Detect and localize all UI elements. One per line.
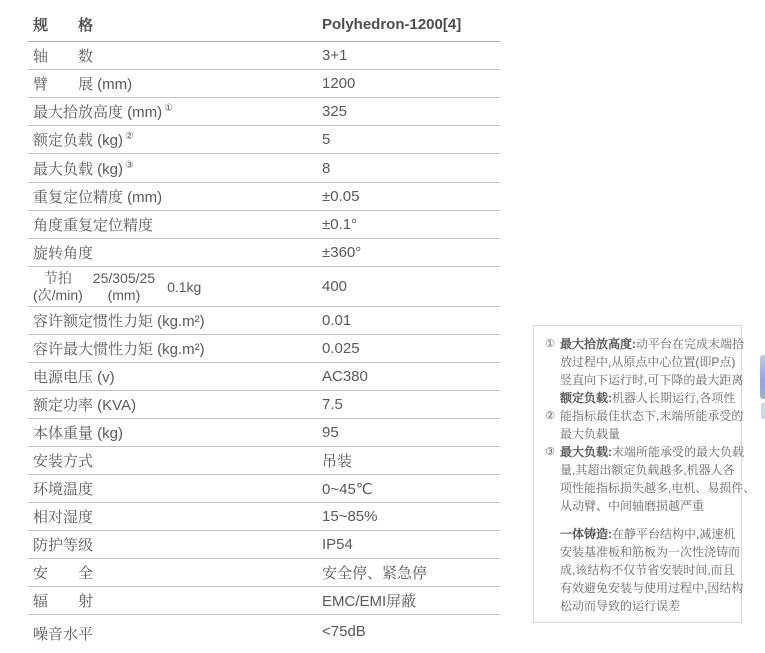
note-marker bbox=[540, 479, 560, 497]
spec-label: 节拍 (次/min) 25/305/25 (mm) 0.1kg bbox=[28, 270, 322, 304]
spec-row: 额定负载 (kg)② 5 bbox=[28, 126, 500, 154]
spec-label: 辐 射 bbox=[28, 590, 322, 611]
note-line: ③最大负载:末端所能承受的最大负载 bbox=[540, 443, 735, 461]
cycle-stroke-bottom: (mm) bbox=[93, 287, 155, 304]
spec-sheet-page: 规 格 Polyhedron-1200[4] 轴 数 3+1 臂 展 (mm) … bbox=[0, 0, 765, 653]
note-marker bbox=[540, 543, 560, 561]
note-marker bbox=[540, 353, 560, 371]
note-line: 成,该结构不仅节省安装时间,而且 bbox=[540, 561, 735, 579]
note-marker bbox=[540, 389, 560, 407]
spec-table: 规 格 Polyhedron-1200[4] 轴 数 3+1 臂 展 (mm) … bbox=[28, 8, 500, 653]
spec-label: 防护等级 bbox=[28, 534, 322, 555]
spec-value: ±360° bbox=[322, 244, 500, 261]
spec-label-text: 本体重量 (kg) bbox=[33, 425, 123, 442]
spec-label-text: 容许最大惯性力矩 (kg.m²) bbox=[33, 341, 205, 358]
note-marker bbox=[540, 525, 560, 543]
note-marker bbox=[540, 461, 560, 479]
note-line: 从动臂、中间轴磨损越严重 bbox=[540, 497, 735, 515]
footnotes-panel: ①最大拾放高度:动平台在完成末端拾 放过程中,从原点中心位置(即P点) 竖直向下… bbox=[533, 325, 742, 623]
note-line: 竖直向下运行时,可下降的最大距离 bbox=[540, 371, 735, 389]
note-text: 成,该结构不仅节省安装时间,而且 bbox=[560, 561, 735, 579]
spec-label: 旋转角度 bbox=[28, 242, 322, 263]
note-marker bbox=[540, 597, 560, 615]
spec-value: 安全停、紧急停 bbox=[322, 562, 500, 583]
cycle-name-bottom: (次/min) bbox=[33, 287, 83, 304]
spec-label: 噪音水平 bbox=[28, 623, 322, 644]
cycle-name: 节拍 (次/min) bbox=[33, 270, 83, 304]
spec-label-text: 噪音水平 bbox=[33, 626, 93, 643]
cycle-stroke: 25/305/25 (mm) bbox=[93, 270, 155, 304]
note-text: 项性能指标损失越多,电机、易损件、 bbox=[560, 479, 755, 497]
spec-label: 轴 数 bbox=[28, 45, 322, 66]
note-paragraph-gap bbox=[540, 515, 735, 525]
spec-value: 0~45℃ bbox=[322, 480, 500, 498]
spec-row: 轴 数 3+1 bbox=[28, 42, 500, 70]
note-marker: ① bbox=[540, 335, 560, 353]
spec-label: 重复定位精度 (mm) bbox=[28, 186, 322, 207]
spec-value: 400 bbox=[322, 278, 500, 295]
note-line: 放过程中,从原点中心位置(即P点) bbox=[540, 353, 735, 371]
spec-label-text: 最大拾放高度 (mm) bbox=[33, 104, 162, 121]
spec-row: 角度重复定位精度 ±0.1° bbox=[28, 211, 500, 239]
spec-row: 最大拾放高度 (mm)① 325 bbox=[28, 98, 500, 126]
spec-label: 环境温度 bbox=[28, 478, 322, 499]
spec-label: 容许最大惯性力矩 (kg.m²) bbox=[28, 338, 322, 359]
spec-label-text: 角度重复定位精度 bbox=[33, 217, 153, 234]
spec-header-label: 规 格 bbox=[28, 14, 322, 35]
spec-label: 安 全 bbox=[28, 562, 322, 583]
note-line: 安装基准板和筋板为一次性浇铸而 bbox=[540, 543, 735, 561]
spec-header-value: Polyhedron-1200[4] bbox=[322, 16, 500, 33]
note-text: 竖直向下运行时,可下降的最大距离 bbox=[560, 371, 743, 389]
spec-label: 最大负载 (kg)③ bbox=[28, 158, 322, 179]
spec-row: 旋转角度 ±360° bbox=[28, 239, 500, 267]
spec-value: 1200 bbox=[322, 75, 500, 92]
spec-value: 5 bbox=[322, 131, 500, 148]
spec-label-text: 臂 展 (mm) bbox=[33, 76, 132, 93]
spec-value: IP54 bbox=[322, 536, 500, 553]
note-text: 安装基准板和筋板为一次性浇铸而 bbox=[560, 543, 740, 561]
spec-row-cycle-time: 节拍 (次/min) 25/305/25 (mm) 0.1kg 400 bbox=[28, 267, 500, 307]
note-text: 一体铸造:在静平台结构中,减速机 bbox=[560, 525, 735, 543]
note-marker: ③ bbox=[540, 443, 560, 461]
spec-value: EMC/EMI屏蔽 bbox=[322, 590, 500, 611]
spec-row: 安装方式 吊装 bbox=[28, 447, 500, 475]
spec-header-row: 规 格 Polyhedron-1200[4] bbox=[28, 8, 500, 42]
note-text: 从动臂、中间轴磨损越严重 bbox=[560, 497, 735, 515]
spec-row: 噪音水平 <75dB bbox=[28, 615, 500, 653]
note-line: ②能指标最佳状态下,末端所能承受的 bbox=[540, 407, 735, 425]
spec-row: 臂 展 (mm) 1200 bbox=[28, 70, 500, 98]
spec-label-text: 相对湿度 bbox=[33, 509, 93, 526]
spec-label: 臂 展 (mm) bbox=[28, 73, 322, 94]
spec-value: ±0.05 bbox=[322, 188, 500, 205]
spec-row: 安 全 安全停、紧急停 bbox=[28, 559, 500, 587]
spec-value: 3+1 bbox=[322, 47, 500, 64]
note-marker bbox=[540, 561, 560, 579]
spec-value: 吊装 bbox=[322, 450, 500, 471]
footnote-ref: ③ bbox=[125, 160, 134, 171]
spec-row: 额定功率 (KVA) 7.5 bbox=[28, 391, 500, 419]
spec-value: 8 bbox=[322, 160, 500, 177]
spec-row: 相对湿度 15~85% bbox=[28, 503, 500, 531]
note-line: 额定负载:机器人长期运行,各项性 bbox=[540, 389, 735, 407]
note-text: 最大负载量 bbox=[560, 425, 735, 443]
note-line: 松动而导致的运行误差 bbox=[540, 597, 735, 615]
spec-label: 安装方式 bbox=[28, 450, 322, 471]
note-line: 项性能指标损失越多,电机、易损件、 bbox=[540, 479, 735, 497]
note-text: 额定负载:机器人长期运行,各项性 bbox=[560, 389, 735, 407]
floating-widget-fragment[interactable] bbox=[760, 355, 765, 399]
note-marker bbox=[540, 425, 560, 443]
spec-label-text: 最大负载 (kg) bbox=[33, 161, 123, 178]
spec-value: AC380 bbox=[322, 368, 500, 385]
spec-label-text: 额定功率 (KVA) bbox=[33, 397, 136, 414]
note-line: 量,其超出额定负载越多,机器人各 bbox=[540, 461, 735, 479]
spec-label: 额定功率 (KVA) bbox=[28, 394, 322, 415]
note-line: 有效避免安装与使用过程中,因结构 bbox=[540, 579, 735, 597]
spec-row: 防护等级 IP54 bbox=[28, 531, 500, 559]
spec-label-text: 安 全 bbox=[33, 565, 93, 582]
note-marker: ② bbox=[540, 407, 560, 425]
spec-label-text: 防护等级 bbox=[33, 537, 93, 554]
spec-value: ±0.1° bbox=[322, 216, 500, 233]
spec-row: 重复定位精度 (mm) ±0.05 bbox=[28, 183, 500, 211]
note-line: 最大负载量 bbox=[540, 425, 735, 443]
note-text: 最大拾放高度:动平台在完成末端拾 bbox=[560, 335, 744, 353]
note-text: 最大负载:末端所能承受的最大负载 bbox=[560, 443, 744, 461]
spec-label-text: 重复定位精度 (mm) bbox=[33, 189, 162, 206]
note-marker bbox=[540, 579, 560, 597]
spec-label-text: 环境温度 bbox=[33, 481, 93, 498]
note-marker bbox=[540, 371, 560, 389]
cycle-load: 0.1kg bbox=[167, 279, 201, 295]
spec-label: 相对湿度 bbox=[28, 506, 322, 527]
footnote-ref: ① bbox=[164, 103, 173, 114]
spec-label: 容许额定惯性力矩 (kg.m²) bbox=[28, 310, 322, 331]
spec-row: 辐 射 EMC/EMI屏蔽 bbox=[28, 587, 500, 615]
spec-value: 7.5 bbox=[322, 396, 500, 413]
note-line: 一体铸造:在静平台结构中,减速机 bbox=[540, 525, 735, 543]
floating-widget-fragment-lower[interactable] bbox=[761, 403, 765, 419]
spec-label: 最大拾放高度 (mm)① bbox=[28, 101, 322, 122]
spec-value: 0.025 bbox=[322, 340, 500, 357]
note-text: 放过程中,从原点中心位置(即P点) bbox=[560, 353, 735, 371]
spec-label: 本体重量 (kg) bbox=[28, 422, 322, 443]
spec-row: 本体重量 (kg) 95 bbox=[28, 419, 500, 447]
spec-label-text: 轴 数 bbox=[33, 48, 93, 65]
spec-label: 电源电压 (v) bbox=[28, 366, 322, 387]
spec-value: <75dB bbox=[322, 623, 500, 640]
spec-label-text: 电源电压 (v) bbox=[33, 369, 115, 386]
spec-label: 额定负载 (kg)② bbox=[28, 129, 322, 150]
spec-label-text: 旋转角度 bbox=[33, 245, 93, 262]
spec-row: 最大负载 (kg)③ 8 bbox=[28, 154, 500, 183]
spec-row: 电源电压 (v) AC380 bbox=[28, 363, 500, 391]
spec-value: 15~85% bbox=[322, 508, 500, 525]
spec-value: 325 bbox=[322, 103, 500, 120]
footnote-ref: ② bbox=[125, 131, 134, 142]
cycle-name-top: 节拍 bbox=[33, 270, 83, 287]
spec-label-text: 安装方式 bbox=[33, 453, 93, 470]
note-marker bbox=[540, 497, 560, 515]
spec-value: 0.01 bbox=[322, 312, 500, 329]
spec-row: 容许最大惯性力矩 (kg.m²) 0.025 bbox=[28, 335, 500, 363]
spec-row: 环境温度 0~45℃ bbox=[28, 475, 500, 503]
spec-row: 容许额定惯性力矩 (kg.m²) 0.01 bbox=[28, 307, 500, 335]
spec-label-text: 容许额定惯性力矩 (kg.m²) bbox=[33, 313, 205, 330]
spec-value: 95 bbox=[322, 424, 500, 441]
cycle-stroke-top: 25/305/25 bbox=[93, 270, 155, 287]
note-text: 有效避免安装与使用过程中,因结构 bbox=[560, 579, 743, 597]
spec-label-text: 额定负载 (kg) bbox=[33, 132, 123, 149]
note-text: 能指标最佳状态下,末端所能承受的 bbox=[560, 407, 743, 425]
note-text: 松动而导致的运行误差 bbox=[560, 597, 735, 615]
spec-label-text: 辐 射 bbox=[33, 593, 93, 610]
note-text: 量,其超出额定负载越多,机器人各 bbox=[560, 461, 735, 479]
spec-label: 角度重复定位精度 bbox=[28, 214, 322, 235]
note-line: ①最大拾放高度:动平台在完成末端拾 bbox=[540, 335, 735, 353]
